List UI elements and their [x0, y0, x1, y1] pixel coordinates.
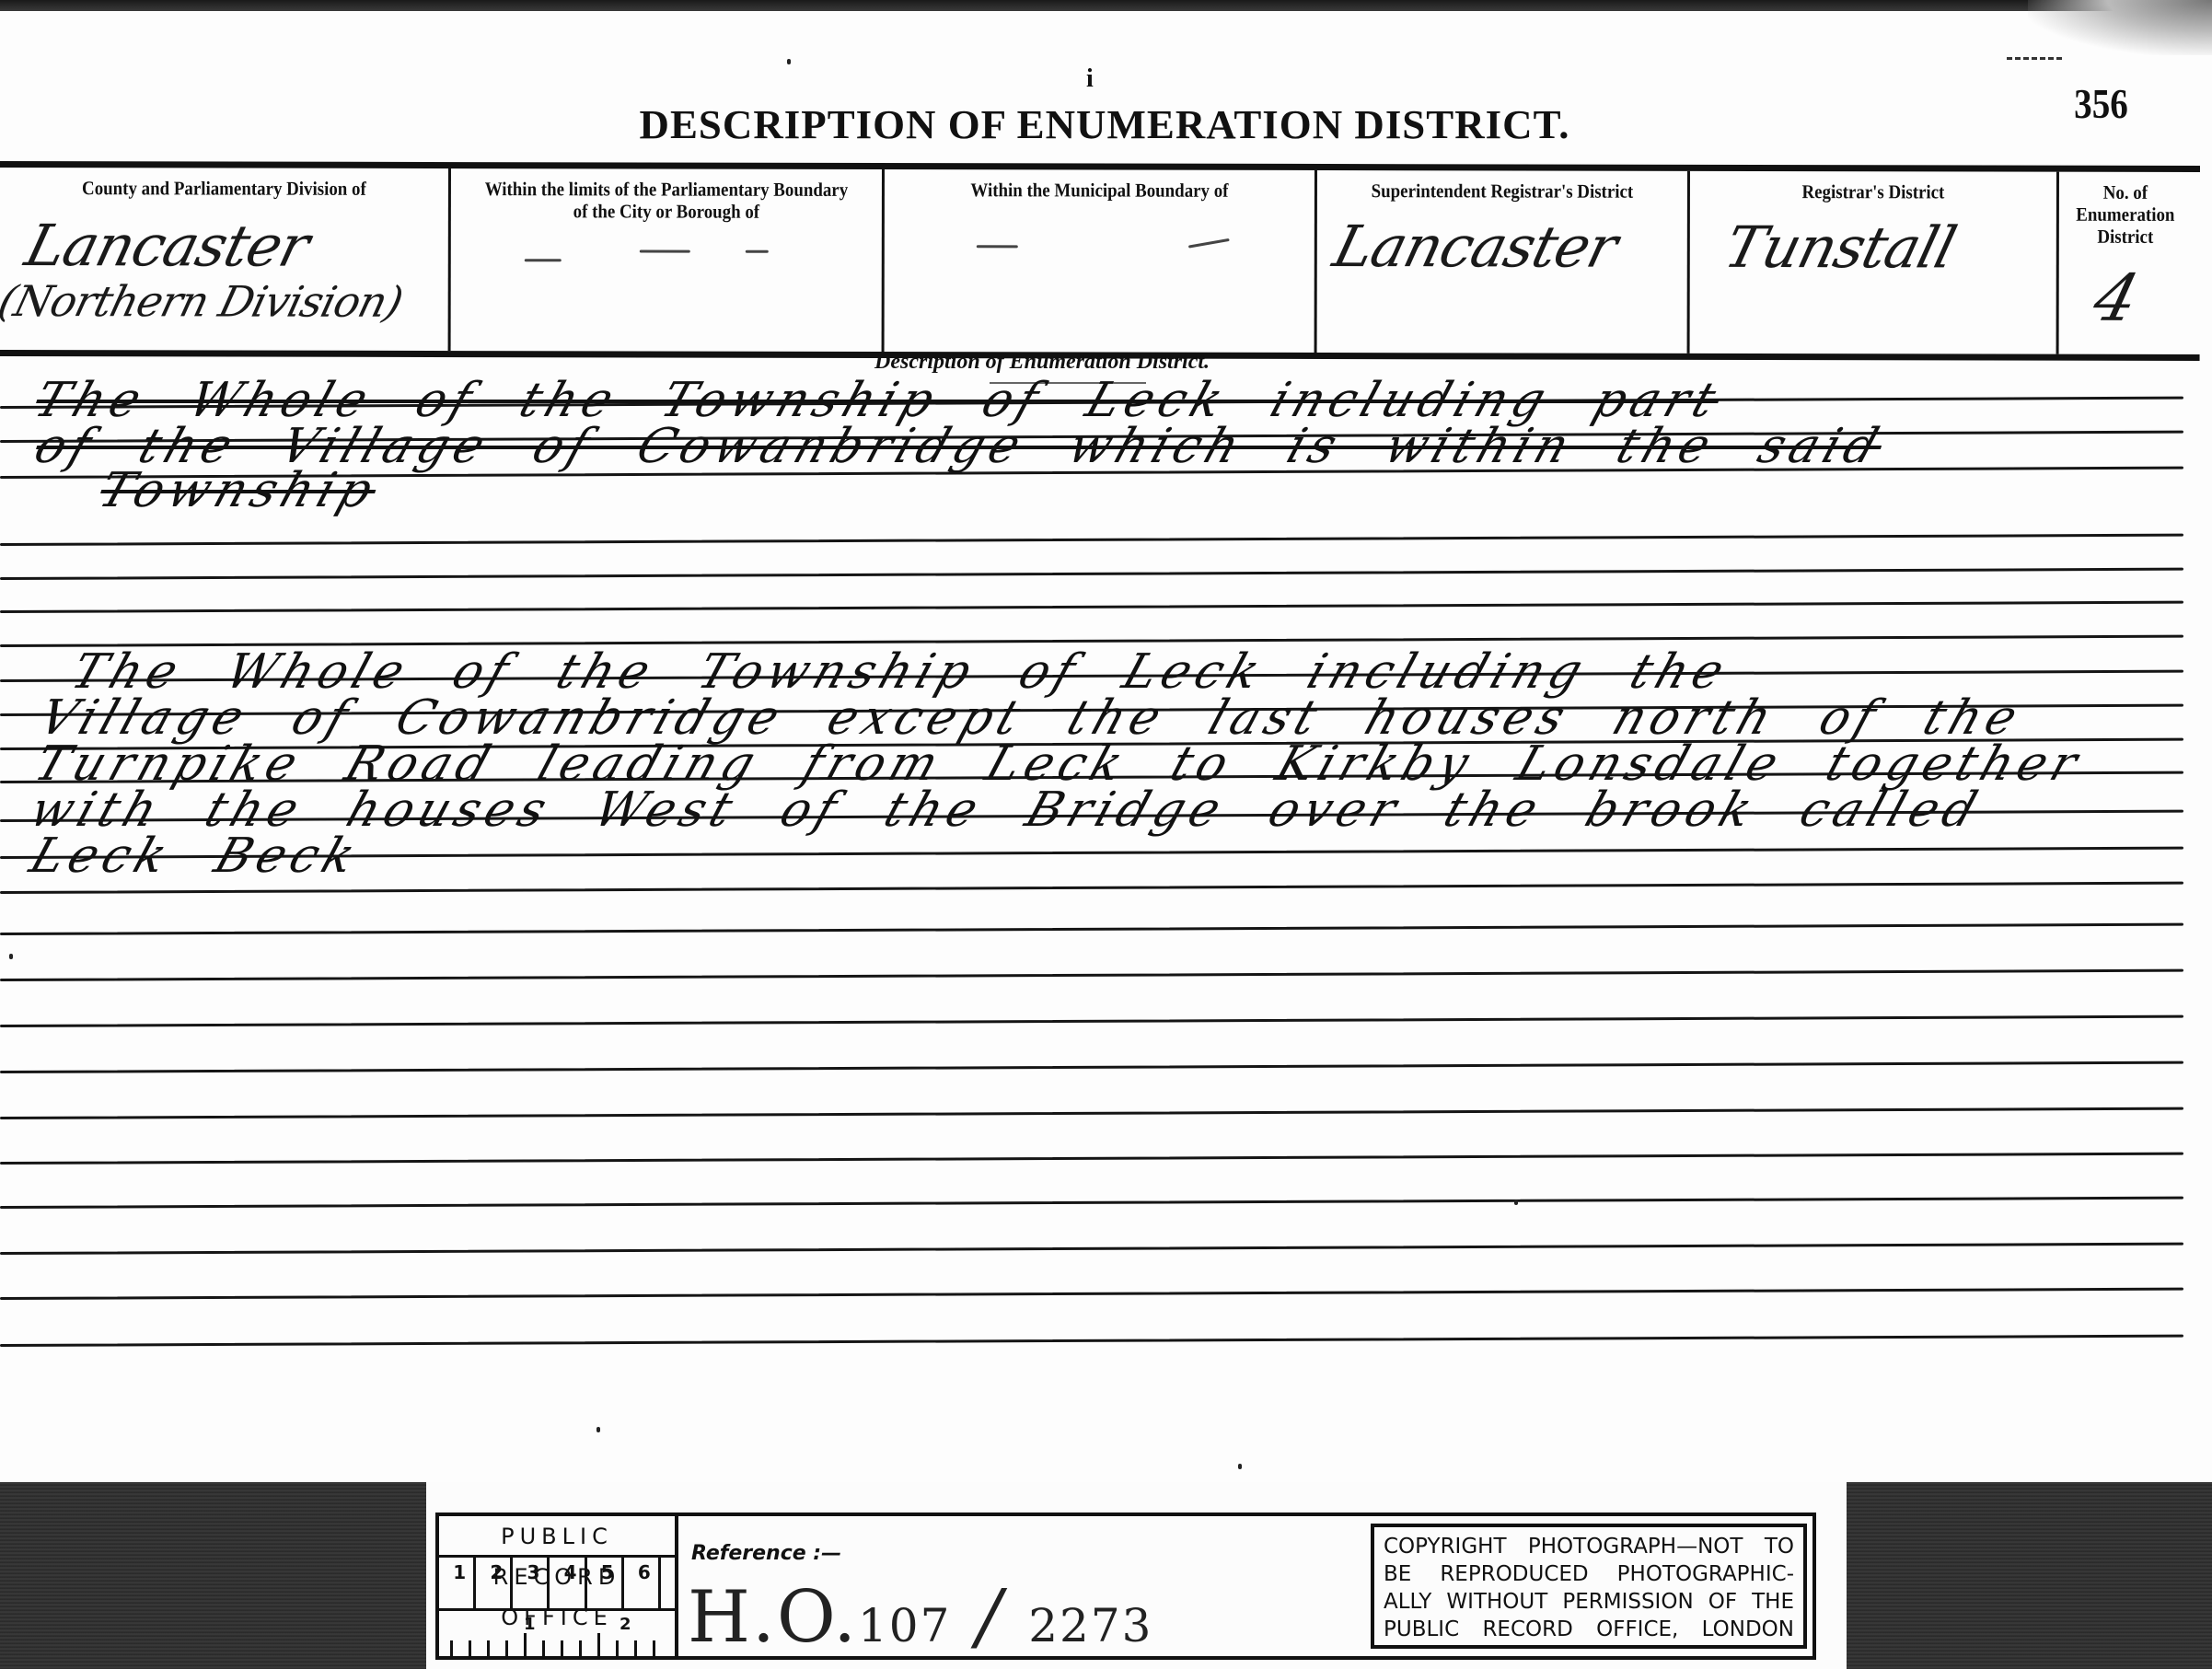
- ruler-tick: [597, 1633, 600, 1659]
- blank-dash: [525, 259, 562, 261]
- handwritten-district-number: 4: [2086, 261, 2145, 336]
- handwritten-division: (Northern Division): [0, 276, 408, 327]
- col-enumeration-number: No. of Enumeration District 4: [2059, 172, 2200, 354]
- cm-mark: 5: [587, 1558, 624, 1608]
- ruled-line: [0, 1197, 2183, 1209]
- ruler-tick: [579, 1640, 582, 1659]
- centimetre-ruler: 1 2 3 4 5 6: [439, 1558, 675, 1611]
- reference-block: Reference :— H.O.107 / 2273: [678, 1516, 1118, 1656]
- ruled-line: [0, 1107, 2183, 1119]
- ruler-tick: [450, 1640, 453, 1659]
- ruler-tick: [542, 1640, 545, 1659]
- blank-dash: [1188, 238, 1230, 249]
- paper-speck: [596, 1427, 600, 1432]
- ruler-tick: [469, 1640, 471, 1659]
- pencil-dashes: [2007, 57, 2062, 63]
- office-name: PUBLIC RECORD OFFICE: [439, 1516, 675, 1558]
- col-superintendent-registrar: Superintendent Registrar's District Lanc…: [1317, 170, 1690, 354]
- reference-label: Reference :—: [691, 1542, 841, 1565]
- ruler-tick: [653, 1640, 655, 1659]
- reference-slash: /: [951, 1573, 1028, 1659]
- description-heading: Description of Enumeration District.: [874, 350, 1210, 375]
- scan-background-left: [0, 1482, 426, 1669]
- handwritten-registrar-district: Tunstall: [1719, 214, 1963, 281]
- inch-mark: 1: [524, 1615, 536, 1634]
- ruled-line: [0, 923, 2183, 935]
- handwritten-superintendent-district: Lancaster: [1327, 213, 1624, 281]
- inch-mark: 2: [620, 1615, 631, 1634]
- cm-mark-end: [661, 1558, 675, 1608]
- blank-dash: [640, 249, 690, 252]
- ruled-line: [0, 969, 2183, 981]
- folio-marker: i: [1086, 64, 1094, 94]
- cm-mark: 1: [439, 1558, 476, 1608]
- struck-line: Township: [92, 463, 385, 518]
- ruled-line: [0, 1335, 2183, 1347]
- ruler-tick: [634, 1640, 637, 1659]
- page-number: 356: [2074, 79, 2128, 128]
- ruled-line: [0, 1243, 2183, 1255]
- col-label: Within the limits of the Parliamentary B…: [472, 178, 860, 223]
- blank-dash: [746, 250, 769, 253]
- reference-prefix: H.O.: [688, 1576, 858, 1659]
- cm-mark: 3: [513, 1558, 550, 1608]
- ruler-tick: [561, 1640, 563, 1659]
- col-label: Registrar's District: [1708, 180, 2038, 203]
- paper-speck: [9, 954, 13, 959]
- ruler-tick: [505, 1640, 508, 1659]
- blank-dash: [977, 245, 1018, 248]
- page-title: DESCRIPTION OF ENUMERATION DISTRICT.: [560, 101, 1649, 148]
- district-header-table: County and Parliamentary Division of Lan…: [0, 161, 2200, 361]
- ruler-tick: [616, 1640, 619, 1659]
- col-label: County and Parliamentary Division of: [22, 177, 425, 200]
- col-label: Superintendent Registrar's District: [1336, 180, 1669, 203]
- col-municipal-boundary: Within the Municipal Boundary of: [885, 169, 1317, 353]
- ruled-line: [0, 601, 2183, 613]
- reference-value: H.O.107 / 2273: [688, 1573, 1153, 1659]
- ruled-line: [0, 568, 2183, 580]
- ruler-tick: [524, 1633, 527, 1659]
- public-record-office-label: PUBLIC RECORD OFFICE 1 2 3 4 5 6 1 2 Ref…: [435, 1513, 1816, 1660]
- ruled-line: [0, 1153, 2183, 1165]
- paper-speck: [787, 59, 791, 64]
- col-label: No. of Enumeration District: [2076, 181, 2175, 249]
- col-registrar-district: Registrar's District Tunstall: [1690, 171, 2059, 354]
- cm-mark: 6: [624, 1558, 661, 1608]
- col-county-division: County and Parliamentary Division of Lan…: [0, 168, 451, 351]
- ruled-line: [0, 1288, 2183, 1300]
- paper-speck: [1514, 1200, 1518, 1205]
- col-label: Within the Municipal Boundary of: [906, 179, 1292, 202]
- paper-speck: [1238, 1464, 1242, 1469]
- ruler-block: PUBLIC RECORD OFFICE 1 2 3 4 5 6 1 2: [439, 1516, 678, 1656]
- inch-ruler: 1 2: [439, 1611, 675, 1659]
- scan-background-right: [1847, 1482, 2212, 1669]
- entry-line: Leck Beck: [23, 829, 367, 884]
- ruler-tick: [487, 1640, 490, 1659]
- handwritten-county: Lancaster: [19, 212, 316, 280]
- ruled-line: [0, 534, 2183, 546]
- col-parliamentary-borough: Within the limits of the Parliamentary B…: [451, 168, 885, 352]
- scan-top-edge: [0, 0, 2212, 11]
- scan-corner-shadow: [2028, 0, 2212, 55]
- cm-mark: 4: [550, 1558, 586, 1608]
- reference-number: 2273: [1028, 1599, 1152, 1652]
- ruled-line: [0, 1061, 2183, 1073]
- cm-mark: 2: [476, 1558, 513, 1608]
- copyright-notice: COPYRIGHT PHOTOGRAPH—NOT TO BE REPRODUCE…: [1371, 1524, 1807, 1649]
- ruled-line: [0, 1015, 2183, 1027]
- reference-piece: 107: [858, 1599, 951, 1652]
